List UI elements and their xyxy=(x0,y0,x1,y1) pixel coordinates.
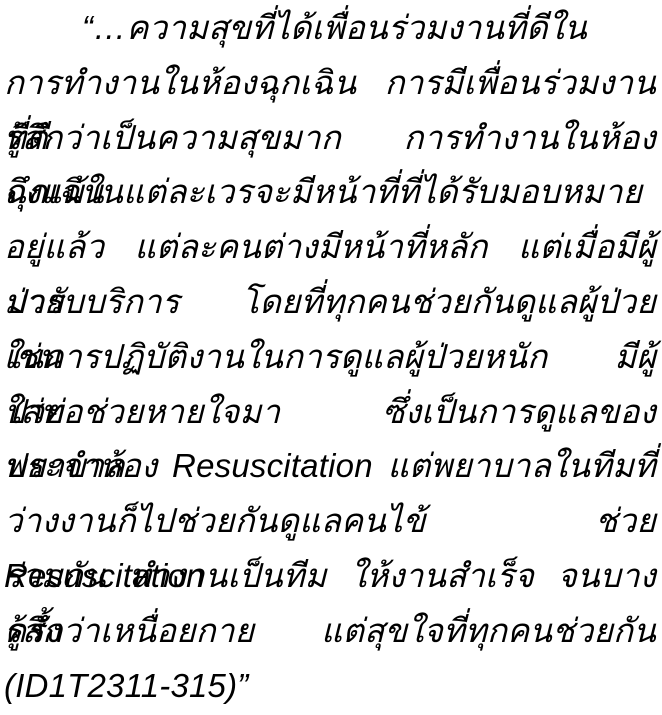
quote-line participant-id: (ID1T2311-315)” xyxy=(4,659,656,714)
quote-line: รู้สึกว่าเป็นความสุขมาก การทำงานในห้องฉุ… xyxy=(4,111,656,166)
quote-block: “…ความสุขที่ได้เพื่อนร่วมงานที่ดีใน การท… xyxy=(0,0,662,715)
quote-line: ใส่ท่อช่วยหายใจมา ซึ่งเป็นการดูแลของพยาบ… xyxy=(4,385,656,440)
quote-line: การทำงานในห้องฉุกเฉิน การมีเพื่อนร่วมงาน… xyxy=(4,56,656,111)
quote-line: อยู่แล้ว แต่ละคนต่างมีหน้าที่หลัก แต่เมื… xyxy=(4,220,656,275)
quote-line: ร่วมกัน ทำงานเป็นทีม ให้งานสำเร็จ จนบางค… xyxy=(4,549,656,604)
quote-line: ถึงแม้ในแต่ละเวรจะมีหน้าที่ที่ได้รับมอบห… xyxy=(4,165,656,220)
quote-line: “…ความสุขที่ได้เพื่อนร่วมงานที่ดีใน xyxy=(4,1,656,56)
quote-line: ว่างงานก็ไปช่วยกันดูแลคนไข้ ช่วย Resusci… xyxy=(4,494,656,549)
quote-line: รู้สึกว่าเหนื่อยกาย แต่สุขใจที่ทุกคนช่วย… xyxy=(4,604,656,659)
quote-line: ในการปฏิบัติงานในการดูแลผู้ป่วยหนัก มีผู… xyxy=(4,330,656,385)
quote-line: มารับบริการ โดยที่ทุกคนช่วยกันดูแลผู้ป่ว… xyxy=(4,275,656,330)
quote-line: ประจำห้อง Resuscitation แต่พยาบาลในทีมที… xyxy=(4,439,656,494)
